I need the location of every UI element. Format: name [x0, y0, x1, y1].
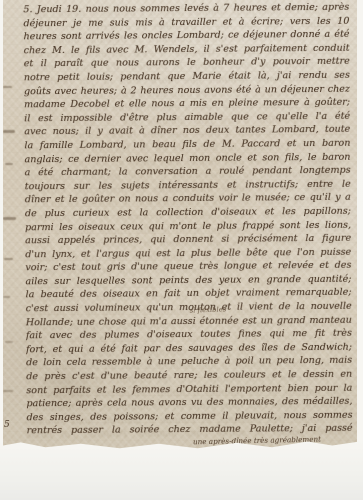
- ink-smudge: [3, 86, 12, 88]
- interlinear-note-end: une après-dînée très agréablement: [181, 434, 333, 446]
- ink-smudge: [3, 217, 16, 220]
- ink-smudge: [3, 130, 15, 133]
- scanned-letter-page: { "document": { "kind": "handwritten let…: [0, 0, 363, 500]
- ink-smudge: [4, 258, 13, 260]
- ink-smudge: [3, 296, 10, 298]
- letter-lines: 5. Jeudi 19. nous nous sommes levés à 7 …: [23, 1, 352, 439]
- marginal-number: 5: [4, 420, 10, 430]
- letter-paper: 5. Jeudi 19. nous nous sommes levés à 7 …: [3, 0, 357, 450]
- ink-smudge: [5, 341, 13, 343]
- ink-smudge: [3, 390, 13, 392]
- ink-smudge: [5, 163, 13, 165]
